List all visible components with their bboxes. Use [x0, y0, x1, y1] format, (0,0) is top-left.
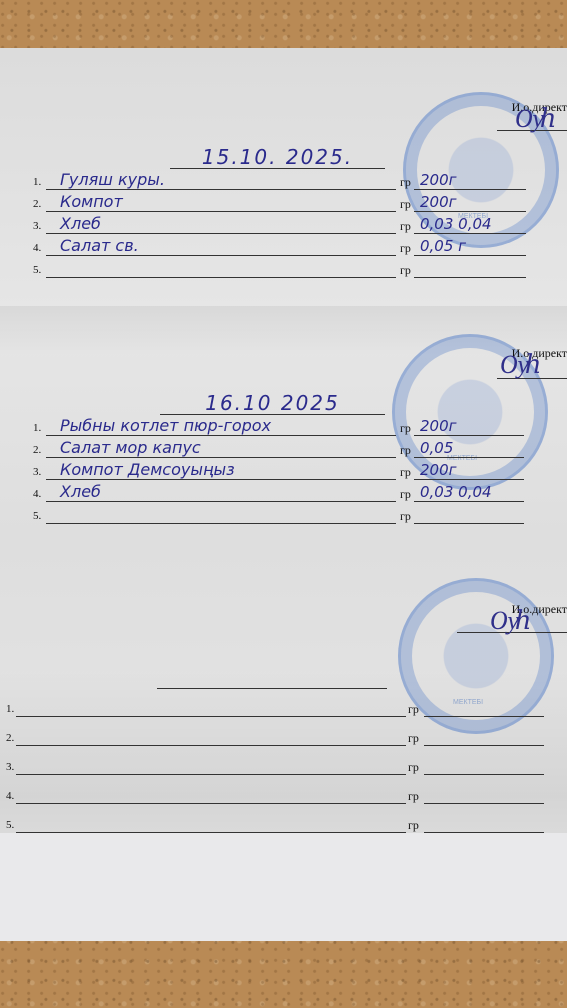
row-number: 4.: [33, 488, 41, 500]
dish-name: Компот Демсоуыңыз: [46, 460, 396, 480]
menu-row: 2.гр: [0, 726, 567, 746]
dish-name: Гуляш куры.: [46, 170, 396, 190]
date-field: 16.10 2025: [160, 392, 385, 415]
row-number: 3.: [33, 220, 41, 232]
dish-name: [16, 726, 406, 746]
menu-row: 3.Компот Демсоуыңызгр200г: [0, 460, 567, 480]
unit-label: гр: [400, 219, 411, 234]
unit-label: гр: [408, 702, 419, 717]
dish-name: Салат мор капус: [46, 438, 396, 458]
portion-quantity: 0,05 г: [414, 236, 526, 256]
unit-label: гр: [400, 263, 411, 278]
date-field: 15.10. 2025.: [170, 146, 385, 169]
portion-quantity: 0,03 0,04: [414, 482, 524, 502]
unit-label: гр: [408, 818, 419, 833]
dish-name: Компот: [46, 192, 396, 212]
row-number: 5.: [6, 819, 14, 831]
row-number: 3.: [33, 466, 41, 478]
row-number: 2.: [33, 198, 41, 210]
unit-label: гр: [400, 241, 411, 256]
row-number: 1.: [33, 176, 41, 188]
unit-label: гр: [408, 760, 419, 775]
dish-name: [46, 258, 396, 278]
portion-quantity: 200г: [414, 170, 526, 190]
menu-row: 5.гр: [0, 258, 567, 278]
portion-quantity: 0,05: [414, 438, 524, 458]
row-number: 5.: [33, 510, 41, 522]
portion-quantity: [424, 726, 544, 746]
menu-row: 2.Компотгр200г: [0, 192, 567, 212]
menu-row: 4.Салат св.гр0,05 г: [0, 236, 567, 256]
row-number: 5.: [33, 264, 41, 276]
portion-quantity: 0,03 0,04: [414, 214, 526, 234]
menu-row: 1.Рыбны котлет пюр-горохгр200г: [0, 416, 567, 436]
menu-row: 2.Салат мор капусгр0,05: [0, 438, 567, 458]
dish-name: Салат св.: [46, 236, 396, 256]
menu-row: 5.гр: [0, 813, 567, 833]
signature: Ѹℎ: [500, 350, 538, 380]
date-field: [157, 666, 387, 689]
unit-label: гр: [400, 421, 411, 436]
unit-label: гр: [400, 487, 411, 502]
dish-name: [16, 697, 406, 717]
dish-name: [46, 504, 396, 524]
unit-label: гр: [408, 731, 419, 746]
row-number: 1.: [33, 422, 41, 434]
unit-label: гр: [400, 509, 411, 524]
paper-bottom-flap: [0, 833, 567, 941]
dish-name: Хлеб: [46, 482, 396, 502]
dish-name: Рыбны котлет пюр-горох: [46, 416, 396, 436]
unit-label: гр: [400, 465, 411, 480]
portion-quantity: [424, 755, 544, 775]
menu-row: 3.Хлебгр0,03 0,04: [0, 214, 567, 234]
menu-row: 1.гр: [0, 697, 567, 717]
portion-quantity: 200г: [414, 416, 524, 436]
row-number: 1.: [6, 703, 14, 715]
dish-name: [16, 784, 406, 804]
portion-quantity: [424, 784, 544, 804]
dish-name: [16, 813, 406, 833]
unit-label: гр: [400, 175, 411, 190]
dish-name: Хлеб: [46, 214, 396, 234]
row-number: 2.: [6, 732, 14, 744]
portion-quantity: [414, 258, 526, 278]
row-number: 2.: [33, 444, 41, 456]
menu-row: 1.Гуляш куры.гр200г: [0, 170, 567, 190]
signature: Ѹℎ: [515, 104, 553, 134]
row-number: 3.: [6, 761, 14, 773]
menu-row: 4.гр: [0, 784, 567, 804]
unit-label: гр: [400, 197, 411, 212]
menu-row: 4.Хлебгр0,03 0,04: [0, 482, 567, 502]
menu-row: 3.гр: [0, 755, 567, 775]
portion-quantity: [424, 697, 544, 717]
row-number: 4.: [33, 242, 41, 254]
portion-quantity: 200г: [414, 460, 524, 480]
row-number: 4.: [6, 790, 14, 802]
unit-label: гр: [408, 789, 419, 804]
dish-name: [16, 755, 406, 775]
portion-quantity: [414, 504, 524, 524]
portion-quantity: 200г: [414, 192, 526, 212]
unit-label: гр: [400, 443, 411, 458]
portion-quantity: [424, 813, 544, 833]
menu-row: 5.гр: [0, 504, 567, 524]
signature: Ѹℎ: [490, 606, 528, 636]
